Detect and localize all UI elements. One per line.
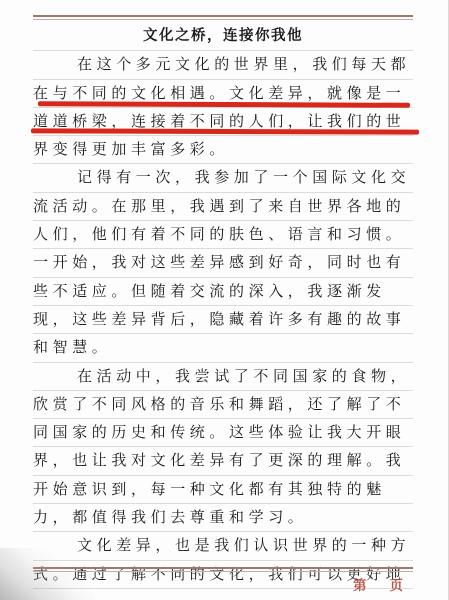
essay-line: 人们，他们有着不同的肤色、语言和习惯。 [33,221,413,249]
scan-corner-shadow [0,548,95,600]
essay-line: 一开始，我对这些差异感到好奇，同时也有 [33,249,413,277]
essay-line: 界变得更加丰富多彩。 [33,136,413,164]
essay-line: 力，都值得我们去尊重和学习。 [33,504,413,532]
essay-line: 界，也让我对文化差异有了更深的理解。我 [33,447,413,475]
essay-page: 文化之桥，连接你我他 在这个多元文化的世界里，我们每天都 在与不同的文化相遇。文… [0,0,449,600]
page-footer: 第 页 [353,574,403,594]
essay-line: 同国家的历史和传统。这些体验让我大开眼 [33,419,413,447]
red-underline-1 [38,101,410,107]
essay-line: 现，这些差异背后，隐藏着许多有趣的故事 [33,306,413,334]
essay-line: 些不适应。但随着交流的深入，我逐渐发 [33,278,413,306]
essay-line: 记得有一次，我参加了一个国际文化交 [33,164,413,192]
footer-label-di: 第 [353,574,367,594]
essay-line: 在这个多元文化的世界里，我们每天都 [33,51,413,79]
essay-line: 在活动中，我尝试了不同国家的食物， [33,363,413,391]
essay-title: 文化之桥，连接你我他 [33,23,413,51]
essay-line: 开始意识到，每一种文化都有其独特的魅 [33,476,413,504]
essay-line: 欣赏了不同风格的音乐和舞蹈，还了解了不 [33,391,413,419]
essay-sheet: 文化之桥，连接你我他 在这个多元文化的世界里，我们每天都 在与不同的文化相遇。文… [33,23,413,589]
essay-line: 和智慧。 [33,334,413,362]
essay-line: 流活动。在那里，我遇到了来自世界各地的 [33,193,413,221]
footer-label-ye: 页 [390,574,404,594]
red-underline-2 [31,128,419,134]
sheet-top-border [33,15,413,20]
